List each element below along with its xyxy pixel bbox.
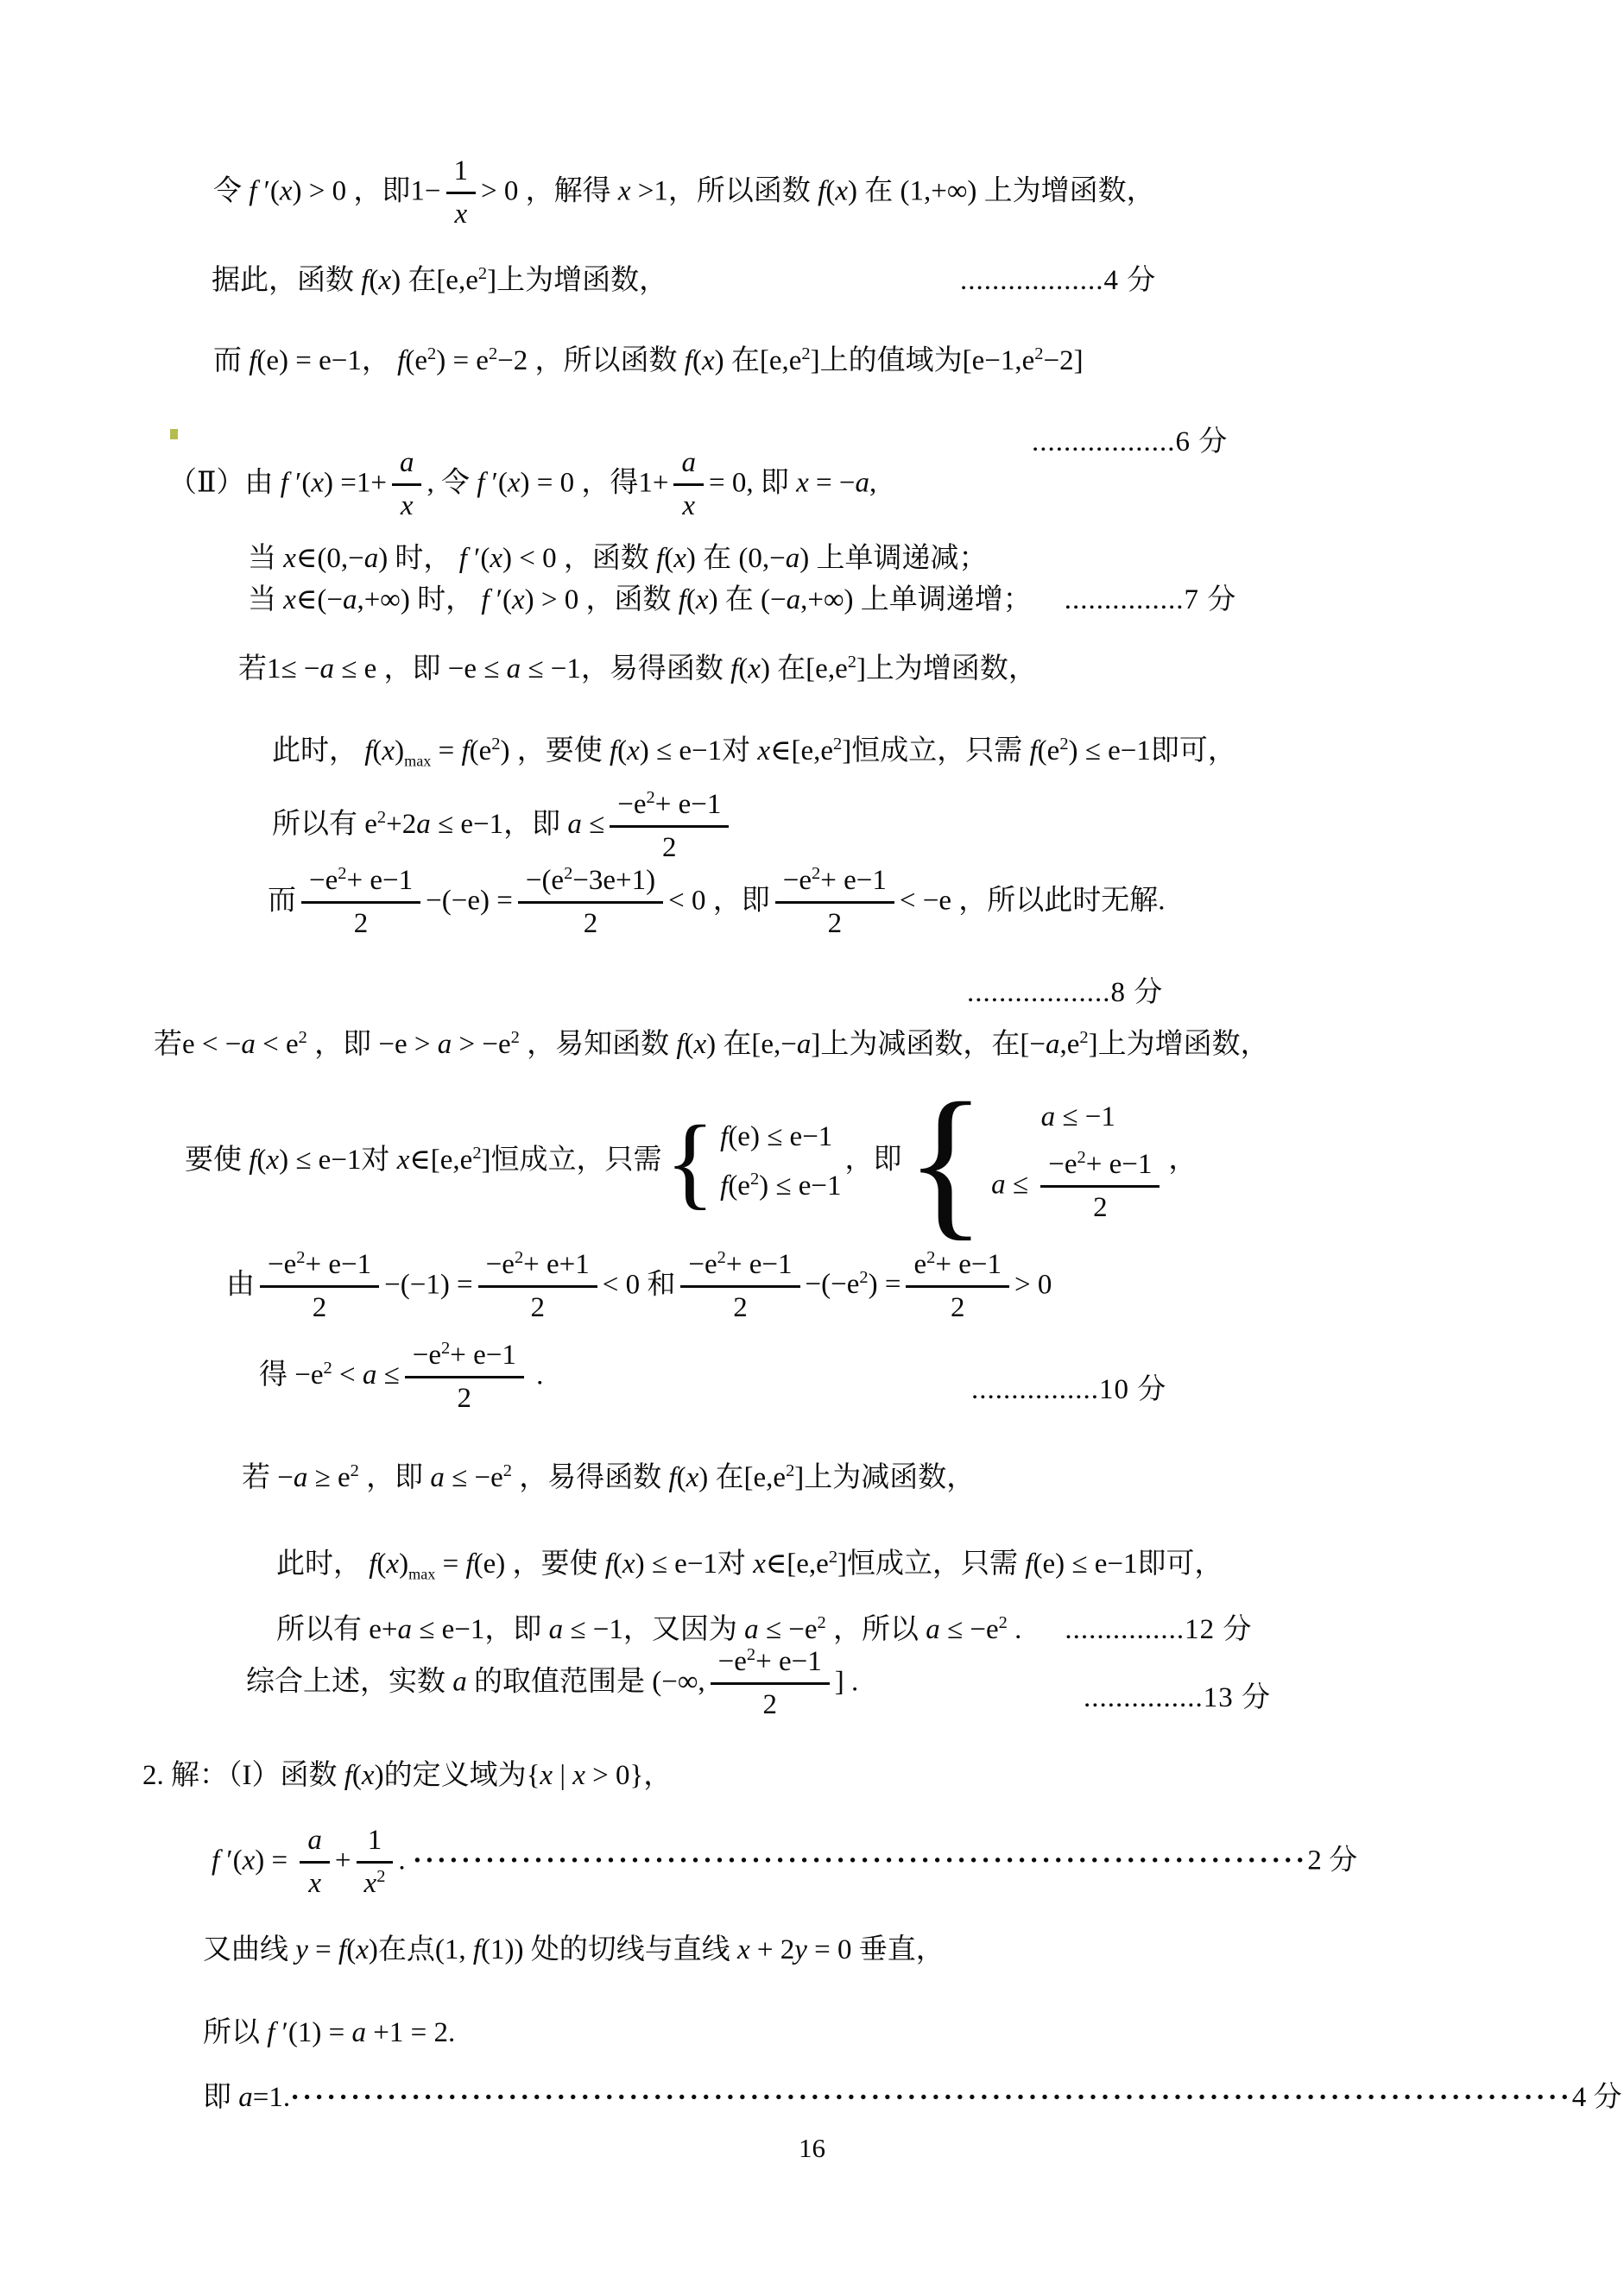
- text-run: ..................4 分: [960, 265, 1156, 296]
- text-run: ) > 0 ，函数: [525, 584, 679, 615]
- score-10: ................10 分: [971, 1371, 1166, 1410]
- text-run: 当 x∈(0,−a) 时， f ′(x) < 0 ，函数 f(x) 在 (0,−…: [248, 543, 988, 574]
- text-run: 1: [454, 155, 469, 186]
- text-run: ) 上单调递减；: [799, 543, 987, 574]
- cases-rows: a ≤ −1a ≤ −e2+ e−12: [991, 1098, 1165, 1226]
- text-run: 2: [313, 1292, 327, 1323]
- fraction: −e2+ e−12: [775, 863, 894, 943]
- text-run: > 0 ，解得: [481, 175, 618, 206]
- text-run: ≥ e: [307, 1462, 350, 1493]
- text-run: ) 在[e,e: [715, 345, 802, 376]
- subscript: max: [404, 753, 431, 770]
- text-run: ，易知函数: [520, 1029, 677, 1060]
- text-run: 当 x∈(−a,+∞) 时， f ′(x) > 0 ，函数 f(x) 在 (−a…: [248, 584, 1032, 615]
- score-6: ..................6 分: [1032, 423, 1228, 462]
- text-run: a: [1046, 1029, 1060, 1060]
- text-run: −(−1) =: [384, 1269, 473, 1300]
- text-run: 要使 f(x) ≤ e−1对 x∈[e,e2]恒成立，只需: [185, 1145, 662, 1176]
- numerator: 1: [446, 154, 477, 194]
- fraction: −(e2−3e+1)2: [518, 863, 663, 943]
- text-run: ∈[e,e: [409, 1145, 472, 1176]
- text-run: (1)) 处的切线与直线: [481, 1934, 737, 1965]
- text-run: a: [438, 1029, 452, 1060]
- text-run: ): [395, 735, 404, 766]
- text-run: ]上为增函数，: [1089, 1029, 1269, 1060]
- text-run: ，: [1168, 1145, 1197, 1176]
- text-run: −e: [309, 865, 338, 896]
- text-run: + e−1: [935, 1249, 1002, 1280]
- line-case1-inequality: 所以有 e2+2a ≤ e−1，即 a ≤−e2+ e−12: [272, 787, 734, 867]
- text-run: ≤ e−1，即: [412, 1614, 549, 1645]
- text-run: a: [452, 1666, 467, 1697]
- denominator: x2: [357, 1864, 394, 1902]
- superscript: 2: [833, 735, 842, 754]
- numerator: −(e2−3e+1): [518, 863, 663, 904]
- text-run: x: [686, 1462, 699, 1493]
- text-run: x: [243, 1845, 256, 1876]
- text-run: ≤ −e: [759, 1614, 818, 1645]
- numerator: −e2+ e−1: [610, 787, 729, 828]
- text-run: (: [685, 1029, 694, 1060]
- text-run: + e+1: [523, 1249, 590, 1280]
- text-run: x: [311, 467, 324, 498]
- text-run: x: [362, 1760, 375, 1791]
- text-run: f: [818, 175, 825, 206]
- text-run: a: [681, 447, 696, 478]
- text-run: (e) ≤ e−1即可，: [1033, 1549, 1223, 1580]
- text-run: > 0 ，解得 x >1，所以函数 f(x) 在 (1,+∞) 上为增函数，: [481, 175, 1155, 206]
- fraction: ax: [392, 445, 422, 525]
- line-problem2-domain: 2. 解：（I）函数 f(x)的定义域为{x | x > 0}，: [142, 1757, 672, 1795]
- text-run: x: [364, 1868, 377, 1899]
- text-run: ) ≤ e−1即可，: [1069, 735, 1236, 766]
- text-run: 得 −e: [259, 1359, 324, 1391]
- text-run: ..................8 分: [967, 977, 1163, 1008]
- text-run: (: [352, 1760, 362, 1791]
- numerator: a: [300, 1823, 330, 1864]
- superscript: 2: [338, 864, 346, 883]
- text-run: (e: [728, 1170, 750, 1202]
- text-run: x: [796, 467, 809, 498]
- text-run: ′(1) =: [275, 2017, 351, 2048]
- text-run: ) 在[e,−: [706, 1029, 797, 1060]
- text-run: −e: [268, 1249, 296, 1280]
- text-run: x: [308, 1868, 321, 1899]
- text-run: 综合上述，实数 a 的取值范围是 (−∞,: [246, 1666, 705, 1697]
- fraction: −e2+ e−12: [680, 1247, 799, 1327]
- text-run: ，即 −e >: [307, 1029, 438, 1060]
- text-run: + e−1: [450, 1340, 516, 1371]
- text-run: +1 = 2.: [366, 2017, 455, 2048]
- superscript: 2: [564, 864, 572, 883]
- text-run: 所以有 e: [272, 809, 377, 840]
- text-run: −(e: [526, 865, 564, 896]
- text-run: ) ，要使: [500, 735, 610, 766]
- denominator: 2: [405, 1378, 524, 1416]
- text-run: x: [622, 1549, 635, 1580]
- text-run: > 0: [1014, 1269, 1052, 1300]
- text-run: (: [256, 1145, 266, 1176]
- text-run: x: [702, 345, 715, 376]
- superscript: 2: [750, 1170, 759, 1189]
- text-run: ]上为增函数，: [856, 653, 1037, 684]
- text-run: x: [283, 543, 296, 574]
- line-case1-condition: 若1≤ −a ≤ e ，即 −e ≤ a ≤ −1，易得函数 f(x) 在[e,…: [238, 650, 1037, 689]
- text-run: |: [553, 1760, 572, 1791]
- text-run: 令: [213, 175, 249, 206]
- text-run: −e: [783, 865, 812, 896]
- text-run: .: [1008, 1614, 1022, 1645]
- text-run: f: [679, 584, 686, 615]
- line-part2-derivative: （Ⅱ）由 f ′(x) =1+ax, 令 f ′(x) = 0 ，得1+ax= …: [168, 445, 876, 525]
- text-run: （Ⅱ）由: [168, 467, 281, 498]
- text-run: + e−1: [726, 1249, 793, 1280]
- text-run: , 令: [427, 467, 477, 498]
- text-run: +2: [386, 809, 416, 840]
- text-run: (: [677, 1462, 686, 1493]
- score-note: ...............13 分: [1084, 1682, 1271, 1713]
- text-run: ′(: [256, 175, 279, 206]
- text-run: ]上为增函数，: [487, 265, 667, 296]
- fraction: e2+ e−12: [906, 1247, 1009, 1327]
- text-run: = 0 垂直，: [807, 1934, 945, 1965]
- text-run: ...............13 分: [1084, 1682, 1271, 1713]
- text-run: x: [378, 265, 391, 296]
- text-run: (e: [405, 345, 427, 376]
- text-run: 要使: [185, 1145, 249, 1176]
- text-run: a ≤ −1: [1041, 1101, 1115, 1132]
- text-run: x: [748, 653, 761, 684]
- score-note: ..................6 分: [1032, 426, 1228, 457]
- text-run: x: [280, 175, 293, 206]
- text-run: f: [281, 467, 288, 498]
- text-run: −e: [413, 1340, 441, 1371]
- cases-rows: f(e) ≤ e−1f(e2) ≤ e−1: [720, 1118, 841, 1205]
- text-run: ≤: [1006, 1169, 1036, 1200]
- text-run: −e: [718, 1646, 747, 1677]
- numerator: −e2+ e−1: [680, 1247, 799, 1288]
- fraction: −e2+ e−12: [1040, 1147, 1160, 1227]
- text-run: )的定义域为{: [375, 1760, 540, 1791]
- text-run: −(−e) =: [426, 885, 513, 916]
- line-problem2-derivative: f ′(x) = ax+1x2. ·······················…: [212, 1823, 1357, 1902]
- text-run: ..................6 分: [1032, 426, 1228, 457]
- text-run: −e: [688, 1249, 717, 1280]
- text-run: y: [794, 1934, 807, 1965]
- text-run: 令 f ′(x) > 0 ，即1−: [213, 175, 441, 206]
- numerator: a: [392, 445, 422, 486]
- superscript: 2: [299, 1028, 307, 1047]
- line-case1-max: 此时， f(x)max = f(e2) ，要使 f(x) ≤ e−1对 x∈[e…: [272, 732, 1236, 771]
- text-run: a: [294, 1462, 308, 1493]
- text-run: ) > 0 ，即1−: [293, 175, 441, 206]
- text-run: f: [397, 345, 405, 376]
- text-run: 2: [733, 1292, 748, 1323]
- superscript: 2: [1034, 344, 1043, 363]
- text-run: ) 在[e,e: [761, 653, 848, 684]
- superscript: 2: [926, 1248, 935, 1267]
- score-note: ..................8 分: [967, 977, 1163, 1008]
- denominator: 2: [301, 904, 420, 942]
- text-run: x: [618, 175, 631, 206]
- text-run: f: [605, 1549, 613, 1580]
- text-run: .: [398, 1845, 413, 1876]
- denominator: x: [300, 1864, 330, 1902]
- denominator: 2: [906, 1288, 1009, 1326]
- text-run: ≤ e ，即 −e ≤: [334, 653, 507, 684]
- fraction: −e2+ e−12: [405, 1338, 524, 1417]
- text-run: <: [332, 1359, 363, 1391]
- superscript: 2: [1079, 1028, 1088, 1047]
- text-run: ≤ −e: [445, 1462, 503, 1493]
- text-run: + e−1: [655, 789, 722, 820]
- text-run: ,: [869, 467, 876, 498]
- text-run: ,+∞) 时，: [357, 584, 481, 615]
- text-run: ) =: [255, 1845, 294, 1876]
- superscript: 2: [351, 1461, 359, 1480]
- denominator: 2: [775, 904, 894, 942]
- text-run: 2: [1093, 1192, 1108, 1223]
- text-run: a: [364, 543, 379, 574]
- text-run: f: [461, 735, 469, 766]
- numerator: 1: [357, 1823, 394, 1864]
- text-run: x: [512, 584, 525, 615]
- score-8: ..................8 分: [967, 974, 1163, 1012]
- text-run: (e) ≤ e−1: [728, 1121, 832, 1152]
- text-run: (: [613, 1549, 622, 1580]
- text-run: > 0}，: [585, 1760, 672, 1791]
- denominator: 2: [518, 904, 663, 942]
- text-run: ，即: [845, 1145, 902, 1176]
- text-run: x: [454, 199, 467, 230]
- superscript: 2: [503, 1461, 512, 1480]
- text-run: ∈[e,e: [770, 735, 833, 766]
- superscript: 2: [848, 653, 856, 672]
- text-run: (: [738, 653, 748, 684]
- text-run: a ≤: [991, 1169, 1035, 1200]
- superscript: 2: [441, 1339, 450, 1358]
- text-run: (: [369, 265, 378, 296]
- text-run: f: [477, 467, 484, 498]
- text-run: x: [386, 1549, 399, 1580]
- text-run: f: [473, 1934, 481, 1965]
- text-run: 此时， f(x)max = f(e2) ，要使 f(x) ≤ e−1对 x∈[e…: [272, 735, 1236, 766]
- text-run: > −e: [452, 1029, 510, 1060]
- text-run: + 2: [750, 1934, 795, 1965]
- text-run: ]上的值域为[e−1,e: [811, 345, 1035, 376]
- text-run: < 0 ，即: [668, 885, 770, 916]
- text-run: 1: [368, 1825, 382, 1856]
- text-run: y: [295, 1934, 308, 1965]
- text-run: 由: [226, 1269, 255, 1300]
- text-run: ≤ −1，又因为: [563, 1614, 744, 1645]
- text-run: 2: [530, 1292, 545, 1323]
- superscript: 2: [859, 1268, 868, 1287]
- text-run: ]上为减函数，: [794, 1462, 975, 1493]
- superscript: 2: [647, 788, 655, 807]
- text-run: 而: [268, 885, 296, 916]
- superscript: 2: [427, 344, 436, 363]
- text-run: 所以有 e+a ≤ e−1，即 a ≤ −1，又因为 a ≤ −e2 ，所以 a…: [276, 1614, 1021, 1645]
- superscript: 2: [489, 344, 497, 363]
- superscript: 2: [296, 1248, 305, 1267]
- text-run: a: [307, 1825, 322, 1856]
- superscript: 2: [801, 344, 810, 363]
- text-run: >1，所以函数: [631, 175, 818, 206]
- text-run: ········································…: [290, 2082, 1572, 2113]
- text-run: 据此，函数: [212, 265, 361, 296]
- line-case3-max: 此时， f(x)max = f(e) ，要使 f(x) ≤ e−1对 x∈[e,…: [276, 1545, 1223, 1584]
- text-run: ) =: [869, 1269, 901, 1300]
- text-run: f: [730, 653, 738, 684]
- fraction: ax: [300, 1823, 330, 1902]
- text-run: −2 ，所以函数: [497, 345, 685, 376]
- text-run: a: [363, 1359, 377, 1391]
- text-run: a: [549, 1614, 564, 1645]
- text-run: 即 a=1.: [203, 2082, 290, 2113]
- text-run: 所以: [203, 2017, 267, 2048]
- denominator: x: [392, 486, 422, 524]
- text-run: ) 在[e,e: [698, 1462, 786, 1493]
- denominator: 2: [478, 1288, 597, 1326]
- superscript: 2: [812, 864, 820, 883]
- text-run: 2: [828, 908, 843, 939]
- text-run: a: [855, 467, 869, 498]
- text-run: a: [416, 809, 431, 840]
- cases-system: {a ≤ −1a ≤ −e2+ e−12: [906, 1098, 1166, 1226]
- text-run: x: [682, 490, 695, 521]
- text-run: ≤: [582, 809, 604, 840]
- denominator: x: [446, 194, 477, 232]
- text-run: 又曲线 y = f(x)在点(1, f(1)) 处的切线与直线 x + 2y =…: [203, 1934, 945, 1965]
- text-run: 2: [354, 908, 369, 939]
- text-run: = 0, 即 x = −a,: [709, 467, 876, 498]
- text-run: ′(: [467, 543, 490, 574]
- denominator: 2: [711, 1685, 830, 1723]
- left-brace-icon: {: [666, 1123, 716, 1201]
- text-run: ): [399, 1549, 408, 1580]
- line-decreasing-interval: 当 x∈(0,−a) 时， f ′(x) < 0 ，函数 f(x) 在 (0,−…: [248, 539, 988, 578]
- superscript: 2: [1077, 1148, 1086, 1167]
- text-run: a: [744, 1614, 759, 1645]
- text-run: −e: [486, 1249, 515, 1280]
- fraction: ax: [673, 445, 704, 525]
- line-increasing-interval: 当 x∈(−a,+∞) 时， f ′(x) > 0 ，函数 f(x) 在 (−a…: [248, 581, 1236, 620]
- superscript: 2: [511, 1028, 520, 1047]
- superscript: 2: [818, 1613, 826, 1632]
- text-run: ]恒成立，只需: [842, 735, 1029, 766]
- superscript: 2: [377, 808, 386, 827]
- text-run: < −e ，所以此时无解.: [900, 885, 1166, 916]
- text-run: 若 −a ≥ e2 ，即 a ≤ −e2 ，易得函数 f(x) 在[e,e2]上…: [242, 1462, 975, 1493]
- text-run: ≤ −1，易得函数: [521, 653, 730, 684]
- text-run: a: [507, 653, 521, 684]
- text-run: ∈(0,−: [296, 543, 364, 574]
- text-run: , 令 f ′(x) = 0 ，得1+: [427, 467, 668, 498]
- line-problem2-a-value: 即 a=1.··································…: [203, 2078, 1621, 2117]
- text-run: + e−1: [820, 865, 887, 896]
- text-run: x: [397, 1145, 410, 1176]
- cases-row: a ≤ −1: [1041, 1098, 1115, 1137]
- text-run: + e−1: [1086, 1149, 1153, 1180]
- text-run: ]恒成立，只需: [837, 1549, 1025, 1580]
- text-run: ≤ −e: [940, 1614, 999, 1645]
- text-run: 若1≤ −: [238, 653, 319, 684]
- text-run: f: [685, 345, 692, 376]
- numerator: a: [673, 445, 704, 486]
- text-run: (: [664, 543, 673, 574]
- numerator: −e2+ e−1: [260, 1247, 379, 1288]
- text-run: x: [696, 584, 709, 615]
- fraction: −e2+ e−12: [610, 787, 729, 867]
- superscript: 2: [999, 1613, 1008, 1632]
- text-run: f: [610, 735, 617, 766]
- numerator: −e2+ e−1: [775, 863, 894, 904]
- text-run: 即: [203, 2082, 238, 2113]
- text-run: ′(: [484, 467, 507, 498]
- text-run: 4 分: [1572, 2082, 1622, 2113]
- text-run: f: [459, 543, 467, 574]
- text-run: x: [627, 735, 640, 766]
- denominator: 2: [260, 1288, 379, 1326]
- text-run: a: [787, 584, 801, 615]
- text-run: + e−1: [305, 1249, 371, 1280]
- text-run: ) < 0 ，函数: [502, 543, 656, 574]
- text-run: 此时，: [276, 1549, 369, 1580]
- line-fprime-positive: 令 f ′(x) > 0 ，即1−1x> 0 ，解得 x >1，所以函数 f(x…: [213, 154, 1155, 233]
- text-run: ≤ e−1，即: [431, 809, 568, 840]
- text-run: 2: [762, 1689, 777, 1720]
- superscript: 2: [491, 735, 500, 754]
- text-run: < e: [256, 1029, 299, 1060]
- text-run: (: [692, 345, 702, 376]
- text-run: a: [398, 1614, 413, 1645]
- text-run: f(e) ≤ e−1: [720, 1121, 832, 1152]
- text-run: f: [338, 1934, 346, 1965]
- line-case2-condition: 若e < −a < e2 ，即 −e > a > −e2 ，易知函数 f(x) …: [154, 1025, 1269, 1064]
- text-run: =: [308, 1934, 338, 1965]
- text-run: = −: [809, 467, 856, 498]
- page-number: 16: [0, 2130, 1624, 2167]
- text-run: x: [757, 735, 770, 766]
- text-run: (: [686, 584, 696, 615]
- text-run: 而: [268, 885, 296, 916]
- text-run: ) 在 (1,+∞) 上为增函数，: [848, 175, 1155, 206]
- line-case1-no-solution: 而−e2+ e−12−(−e) =−(e2−3e+1)2< 0 ，即−e2+ e…: [268, 863, 1166, 943]
- denominator: 2: [610, 828, 729, 866]
- text-run: f(e2) ≤ e−1: [720, 1170, 841, 1202]
- text-run: a: [1041, 1101, 1056, 1132]
- text-run: ，: [1168, 1145, 1197, 1176]
- text-run: −e: [617, 789, 646, 820]
- text-run: f: [668, 1462, 676, 1493]
- text-run: a: [786, 543, 800, 574]
- text-run: ]上为减函数，在[−: [811, 1029, 1046, 1060]
- line-problem2-tangent: 又曲线 y = f(x)在点(1, f(1)) 处的切线与直线 x + 2y =…: [203, 1931, 945, 1970]
- text-run: ...............7 分: [1065, 584, 1237, 615]
- text-run: 由: [226, 1269, 255, 1300]
- document-page: 16 令 f ′(x) > 0 ，即1−1x> 0 ，解得 x >1，所以函数 …: [0, 0, 1624, 2296]
- text-run: x: [508, 467, 521, 498]
- text-run: ) 在 (0,−: [686, 543, 786, 574]
- score-note: ...............12 分: [1065, 1614, 1252, 1645]
- denominator: 2: [1040, 1188, 1160, 1226]
- text-run: ] .: [835, 1666, 859, 1697]
- superscript: 2: [717, 1248, 726, 1267]
- text-run: +: [335, 1845, 351, 1876]
- text-run: ) ≤ e−1对: [279, 1145, 397, 1176]
- text-run: 又曲线: [203, 1934, 295, 1965]
